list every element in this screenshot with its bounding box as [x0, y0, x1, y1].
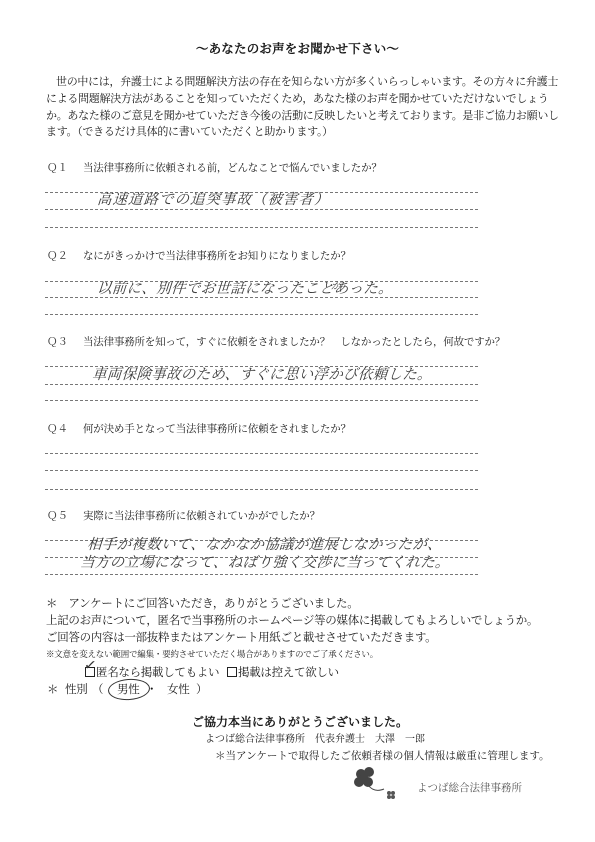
- inserted-character: が: [331, 282, 342, 292]
- question-label: Ｑ５: [47, 510, 68, 523]
- signature: よつば総合法律事務所 代表弁護士 大澤 一郎: [205, 733, 425, 746]
- answer-line: [45, 470, 480, 471]
- question-label: Ｑ１: [47, 162, 68, 175]
- question-text: 当法律事務所に依頼される前，どんなことで悩んでいましたか？: [83, 162, 382, 175]
- answer-line: [45, 489, 480, 490]
- gender-close-paren: ）: [196, 682, 207, 696]
- publish-question: 上記のお声について，匿名で当事務所のホームページ等の媒体に掲載してもよろしいでし…: [46, 613, 538, 627]
- gender-prefix: ＊: [47, 682, 58, 696]
- publish-scope: ご回答の内容は一部抜粋またはアンケート用紙ごと載せさせていただきます。: [46, 630, 436, 644]
- gender-open-paren: （: [92, 682, 103, 696]
- question-text: なにがきっかけで当法律事務所をお知りになりましたか？: [83, 250, 351, 263]
- question-text: 実際に当法律事務所に依頼されていかがでしたか？: [83, 510, 320, 523]
- gender-separator: ・: [146, 682, 157, 696]
- question-text: 何が決め手となって当法律事務所に依頼をされましたか？: [83, 423, 351, 436]
- answer-line: [45, 314, 480, 315]
- intro-line: による問題解決方法があることを知っていただくため，あなた様のお声を聞かせていただ…: [46, 92, 548, 106]
- selection-circle: [107, 678, 150, 702]
- logo-text: よつば総合法律事務所: [417, 780, 522, 795]
- handwritten-answer: 当方の立場になって、ねばり強く交渉に当ってくれた。: [79, 555, 450, 572]
- consent-option-anonymous[interactable]: 匿名なら掲載してもよい: [85, 665, 219, 679]
- gender-option-female[interactable]: 女性: [167, 682, 189, 696]
- answer-line: [45, 400, 480, 401]
- answer-line: [45, 227, 480, 228]
- answer-line: [45, 453, 480, 454]
- check-mark-icon: ✓: [83, 655, 98, 675]
- answer-text-before: 以前に、別件でお世話になったこと: [96, 281, 334, 297]
- intro-line: ます。（できるだけ具体的に書いていただくと助かります。）: [46, 125, 333, 139]
- question-label: Ｑ２: [47, 250, 68, 263]
- closing-thanks: ご協力本当にありがとうございました。: [192, 715, 408, 730]
- question-text: 当法律事務所を知って，すぐに依頼をされましたか？ しなかったとしたら，何故ですか…: [83, 336, 505, 349]
- intro-line: 世の中には，弁護士による問題解決方法の存在を知らない方が多くいらっしゃいます。そ…: [56, 75, 558, 89]
- answer-text-after: あった。: [333, 281, 393, 297]
- question-label: Ｑ４: [47, 423, 68, 436]
- consent-option-decline[interactable]: 掲載は控えて欲しい: [227, 665, 339, 679]
- answer-line: [45, 209, 480, 210]
- handwritten-answer: 以前に、別件でお世話になったことがあった。: [96, 281, 393, 298]
- page-title: ～あなたのお声をお聞かせ下さい～: [0, 39, 595, 57]
- four-leaf-clover-icon: [350, 765, 398, 801]
- gender-label: 性別: [65, 682, 87, 696]
- consent-label: 匿名なら掲載してもよい: [96, 665, 219, 679]
- consent-label: 掲載は控えて欲しい: [238, 665, 339, 679]
- answer-line: [45, 574, 480, 575]
- intro-line: か。あなた様のご意見を聞かせていただき今後の活動に反映したいと考えております。是…: [46, 109, 559, 123]
- handwritten-answer: 高速道路での追突事故（被害者）: [96, 192, 330, 209]
- answer-line: [45, 384, 480, 385]
- question-label: Ｑ３: [47, 336, 68, 349]
- handwritten-answer: 車両保険事故のため、すぐに思い浮かび依頼した。: [91, 367, 432, 384]
- thanks-note: ＊ アンケートにご回答いただき，ありがとうございました。: [46, 596, 358, 610]
- handwritten-answer: 相手が複数いて、なかなか協議が進展しなかったが、: [86, 537, 442, 554]
- privacy-note: ＊当アンケートで取得したご依頼者様の個人情報は厳重に管理します。: [215, 750, 550, 763]
- checkbox[interactable]: [227, 667, 237, 677]
